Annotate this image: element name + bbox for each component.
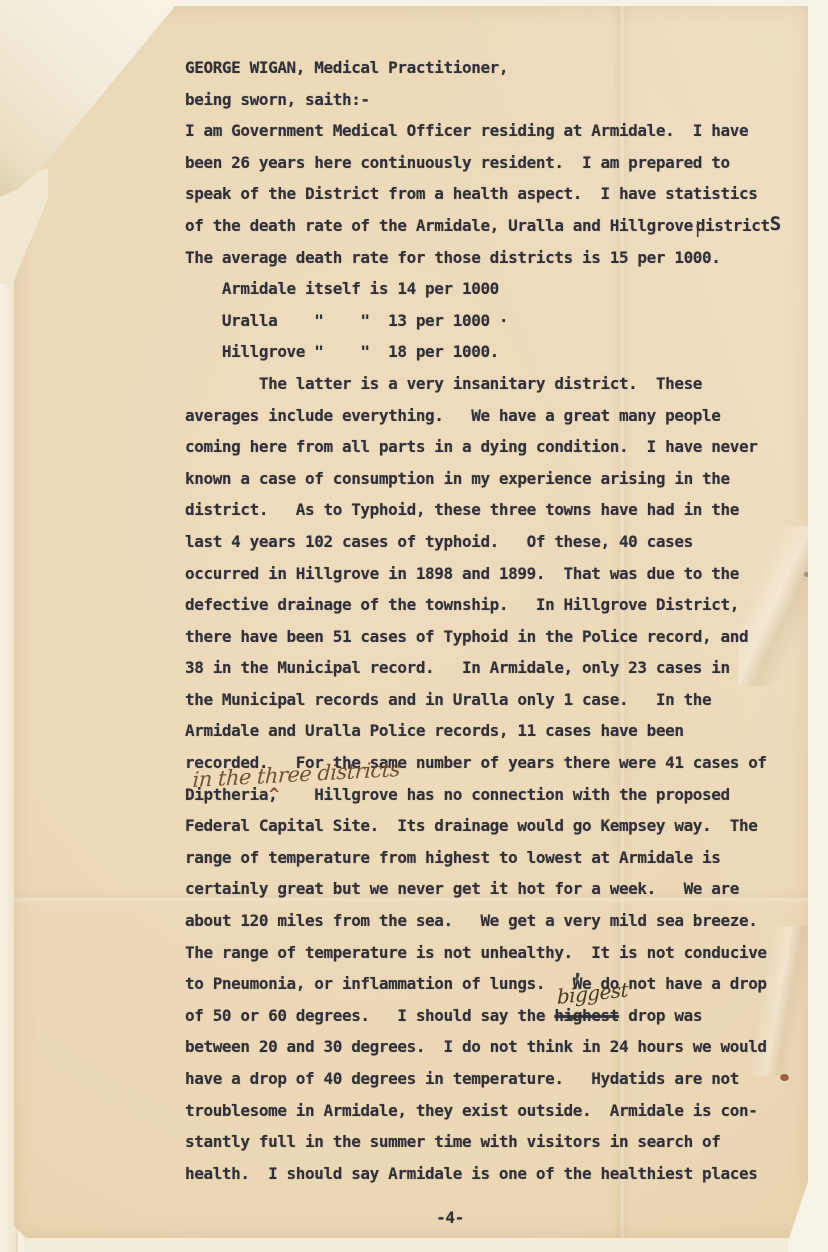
text-line: defective drainage of the township. In H… xyxy=(185,589,781,621)
ibar-segment: | xyxy=(693,212,696,244)
text-line: known a case of consumption in my experi… xyxy=(185,463,781,495)
text-segment: recorded. For the same number of years t… xyxy=(185,753,767,772)
text-line: speak of the District from a health aspe… xyxy=(185,178,781,210)
text-segment: have a drop of 40 degrees in temperature… xyxy=(185,1069,739,1088)
text-segment: averages include everything. We have a g… xyxy=(185,406,721,425)
text-line: there have been 51 cases of Typhoid in t… xyxy=(185,621,781,653)
text-line: Diptheria, Hillgrove has no connection w… xyxy=(185,779,781,811)
text-line: being sworn, saith:- xyxy=(185,84,781,116)
text-line: last 4 years 102 cases of typhoid. Of th… xyxy=(185,526,781,558)
text-segment: between 20 and 30 degrees. I do not thin… xyxy=(185,1037,767,1056)
text-segment: GEORGE WIGAN, Medical Practitioner, xyxy=(185,58,508,77)
text-line: averages include everything. We have a g… xyxy=(185,400,781,432)
text-line: coming here from all parts in a dying co… xyxy=(185,431,781,463)
text-segment: about 120 miles from the sea. We get a v… xyxy=(185,911,757,930)
text-segment: Federal Capital Site. Its drainage would… xyxy=(185,816,757,835)
text-line: 38 in the Municipal record. In Armidale,… xyxy=(185,652,781,684)
text-segment: of 50 or 60 degrees. I should say the xyxy=(185,1006,554,1025)
text-segment: to Pneumonia, or inflammation of lungs. … xyxy=(185,974,767,993)
text-line: troublesome in Armidale, they exist outs… xyxy=(185,1095,781,1127)
text-line: Armidale and Uralla Police records, 11 c… xyxy=(185,715,781,747)
text-line: certainly great but we never get it hot … xyxy=(185,873,781,905)
text-line: The range of temperature is not unhealth… xyxy=(185,937,781,969)
text-line: I am Government Medical Officer residing… xyxy=(185,115,781,147)
text-line: between 20 and 30 degrees. I do not thin… xyxy=(185,1031,781,1063)
text-line: recorded. For the same number of years t… xyxy=(185,747,781,779)
text-segment: 38 in the Municipal record. In Armidale,… xyxy=(185,658,730,677)
text-segment: coming here from all parts in a dying co… xyxy=(185,437,757,456)
text-segment: district xyxy=(696,216,770,235)
text-line: Federal Capital Site. Its drainage would… xyxy=(185,810,781,842)
text-segment: The range of temperature is not unhealth… xyxy=(185,943,767,962)
text-segment: of the death rate of the Armidale, Urall… xyxy=(185,216,693,235)
text-segment: occurred in Hillgrove in 1898 and 1899. … xyxy=(185,564,739,583)
text-line: of 50 or 60 degrees. I should say the hi… xyxy=(185,1000,781,1032)
text-line: of the death rate of the Armidale, Urall… xyxy=(185,210,781,242)
text-line: Uralla " " 13 per 1000 · xyxy=(185,305,781,337)
text-segment: drop was xyxy=(619,1006,702,1025)
text-segment: The latter is a very insanitary district… xyxy=(185,374,702,393)
ink-stain-speck xyxy=(780,1074,789,1081)
text-segment: I am Government Medical Officer residing… xyxy=(185,121,748,140)
text-line: been 26 years here continuously resident… xyxy=(185,147,781,179)
text-segment: troublesome in Armidale, they exist outs… xyxy=(185,1101,757,1120)
text-segment: known a case of consumption in my experi… xyxy=(185,469,730,488)
text-line: stantly full in the summer time with vis… xyxy=(185,1126,781,1158)
text-line: GEORGE WIGAN, Medical Practitioner, xyxy=(185,52,781,84)
text-segment: the Municipal records and in Uralla only… xyxy=(185,690,711,709)
document-text: GEORGE WIGAN, Medical Practitioner,being… xyxy=(185,52,781,1189)
text-segment: Armidale and Uralla Police records, 11 c… xyxy=(185,721,684,740)
document-page: GEORGE WIGAN, Medical Practitioner,being… xyxy=(14,6,808,1238)
text-segment: Hillgrove " " 18 per 1000. xyxy=(185,342,499,361)
text-segment: health. I should say Armidale is one of … xyxy=(185,1164,757,1183)
text-segment: Diptheria, Hillgrove has no connection w… xyxy=(185,785,730,804)
scanned-document-page: GEORGE WIGAN, Medical Practitioner,being… xyxy=(0,0,828,1252)
text-line: district. As to Typhoid, these three tow… xyxy=(185,494,781,526)
text-segment: Armidale itself is 14 per 1000 xyxy=(185,279,499,298)
text-segment: defective drainage of the township. In H… xyxy=(185,595,739,614)
text-segment: being sworn, saith:- xyxy=(185,90,370,109)
text-segment: certainly great but we never get it hot … xyxy=(185,879,739,898)
text-segment: district. As to Typhoid, these three tow… xyxy=(185,500,739,519)
text-segment: been 26 years here continuously resident… xyxy=(185,153,730,172)
text-segment: stantly full in the summer time with vis… xyxy=(185,1132,721,1151)
text-line: Armidale itself is 14 per 1000 xyxy=(185,273,781,305)
strike-segment: highest xyxy=(554,1006,619,1025)
text-line: health. I should say Armidale is one of … xyxy=(185,1158,781,1190)
text-segment: there have been 51 cases of Typhoid in t… xyxy=(185,627,748,646)
text-line: occurred in Hillgrove in 1898 and 1899. … xyxy=(185,558,781,590)
text-line: The average death rate for those distric… xyxy=(185,242,781,274)
text-line: to Pneumonia, or inflammation of lungs. … xyxy=(185,968,781,1000)
text-line: The latter is a very insanitary district… xyxy=(185,368,781,400)
text-line: about 120 miles from the sea. We get a v… xyxy=(185,905,781,937)
text-line: Hillgrove " " 18 per 1000. xyxy=(185,336,781,368)
text-segment: range of temperature from highest to low… xyxy=(185,848,721,867)
text-line: have a drop of 40 degrees in temperature… xyxy=(185,1063,781,1095)
text-segment: Uralla " " 13 per 1000 · xyxy=(185,311,508,330)
capS-segment: S xyxy=(770,213,781,235)
text-segment: The average death rate for those distric… xyxy=(185,248,721,267)
text-line: range of temperature from highest to low… xyxy=(185,842,781,874)
text-segment: last 4 years 102 cases of typhoid. Of th… xyxy=(185,532,693,551)
text-line: the Municipal records and in Uralla only… xyxy=(185,684,781,716)
page-number: -4- xyxy=(370,1208,530,1227)
paper-speck xyxy=(804,572,809,577)
text-segment: speak of the District from a health aspe… xyxy=(185,184,757,203)
